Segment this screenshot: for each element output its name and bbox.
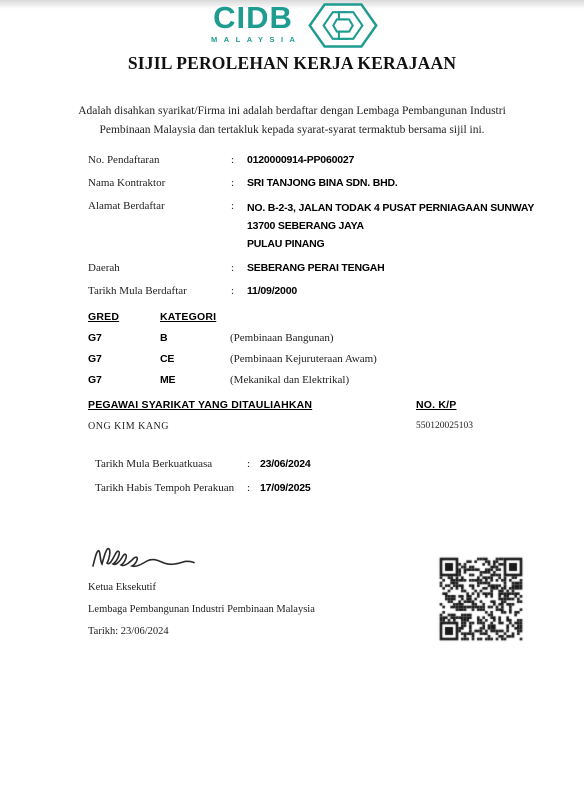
officer-header-row: PEGAWAI SYARIKAT YANG DITAULIAHKAN NO. K…: [88, 399, 508, 411]
certificate-page: CIDB MALAYSIA SIJIL PEROLEHAN KERJA KERA…: [0, 0, 584, 793]
grade-category-table: GRED KATEGORI G7 B (Pembinaan Bangunan) …: [88, 311, 508, 394]
field-label: Daerah: [88, 261, 231, 276]
colon: :: [231, 176, 247, 191]
colon: :: [231, 199, 247, 214]
cidb-country-label: MALAYSIA: [205, 36, 302, 44]
field-value: SEBERANG PERAI TENGAH: [247, 261, 385, 276]
grade-row: G7 ME (Mekanikal dan Elektrikal): [88, 373, 508, 388]
kategori-description: (Pembinaan Bangunan): [230, 331, 334, 346]
validity-value: 17/09/2025: [260, 481, 311, 496]
field-row-nama-kontraktor: Nama Kontraktor : SRI TANJONG BINA SDN. …: [88, 176, 538, 191]
gred-value: G7: [88, 352, 160, 367]
kategori-description: (Mekanikal dan Elektrikal): [230, 373, 349, 388]
officer-name: ONG KIM KANG: [88, 421, 169, 432]
kategori-value: ME: [160, 373, 230, 388]
signature-block: Ketua Eksekutif Lembaga Pembangunan Indu…: [88, 540, 428, 646]
cidb-wordmark-text: CIDB: [213, 2, 293, 33]
field-label: No. Pendaftaran: [88, 153, 231, 168]
signature-scribble: [88, 540, 200, 574]
intro-paragraph: Adalah disahkan syarikat/Firma ini adala…: [52, 102, 532, 140]
field-row-no-pendaftaran: No. Pendaftaran : 0120000914-PP060027: [88, 153, 538, 168]
signoff-org: Lembaga Pembangunan Industri Pembinaan M…: [88, 602, 428, 617]
colon: :: [231, 261, 247, 276]
colon: :: [247, 457, 260, 472]
idno-header: NO. K/P: [416, 399, 508, 411]
field-value-address: NO. B-2-3, JALAN TODAK 4 PUSAT PERNIAGAA…: [247, 199, 534, 253]
gred-header: GRED: [88, 311, 160, 323]
kategori-value: CE: [160, 352, 230, 367]
validity-section: Tarikh Mula Berkuatkuasa : 23/06/2024 Ta…: [95, 457, 475, 505]
qr-code: [437, 555, 525, 643]
field-value: 0120000914-PP060027: [247, 153, 354, 168]
field-label: Alamat Berdaftar: [88, 199, 231, 214]
signoff-role: Ketua Eksekutif: [88, 580, 428, 595]
field-value: SRI TANJONG BINA SDN. BHD.: [247, 176, 398, 191]
colon: :: [231, 284, 247, 299]
validity-row-end: Tarikh Habis Tempoh Perakuan : 17/09/202…: [95, 481, 475, 496]
address-line: NO. B-2-3, JALAN TODAK 4 PUSAT PERNIAGAA…: [247, 199, 534, 217]
field-row-tarikh-mula-berdaftar: Tarikh Mula Berdaftar : 11/09/2000: [88, 284, 538, 299]
field-value: 11/09/2000: [247, 284, 297, 299]
validity-label: Tarikh Mula Berkuatkuasa: [95, 457, 247, 472]
kategori-header: KATEGORI: [160, 311, 230, 323]
address-line: PULAU PINANG: [247, 235, 534, 253]
field-label: Tarikh Mula Berdaftar: [88, 284, 231, 299]
officer-idno: 550120025103: [416, 421, 508, 431]
field-row-alamat-berdaftar: Alamat Berdaftar : NO. B-2-3, JALAN TODA…: [88, 199, 538, 253]
grade-row: G7 B (Pembinaan Bangunan): [88, 331, 508, 346]
validity-row-start: Tarikh Mula Berkuatkuasa : 23/06/2024: [95, 457, 475, 472]
cidb-wordmark: CIDB MALAYSIA: [205, 2, 302, 44]
gred-value: G7: [88, 331, 160, 346]
field-row-daerah: Daerah : SEBERANG PERAI TENGAH: [88, 261, 538, 276]
colon: :: [231, 153, 247, 168]
field-label: Nama Kontraktor: [88, 176, 231, 191]
cidb-hexagon-icon: [307, 3, 379, 48]
grade-row: G7 CE (Pembinaan Kejuruteraan Awam): [88, 352, 508, 367]
gred-value: G7: [88, 373, 160, 388]
kategori-description: (Pembinaan Kejuruteraan Awam): [230, 352, 377, 367]
certificate-title: SIJIL PEROLEHAN KERJA KERAJAAN: [0, 53, 584, 74]
cidb-brand: CIDB MALAYSIA: [0, 2, 584, 48]
validity-label: Tarikh Habis Tempoh Perakuan: [95, 481, 247, 496]
officer-section: PEGAWAI SYARIKAT YANG DITAULIAHKAN NO. K…: [88, 399, 508, 432]
address-line: 13700 SEBERANG JAYA: [247, 217, 534, 235]
validity-value: 23/06/2024: [260, 457, 311, 472]
kategori-value: B: [160, 331, 230, 346]
officer-detail-row: ONG KIM KANG 550120025103: [88, 411, 508, 432]
officer-header: PEGAWAI SYARIKAT YANG DITAULIAHKAN: [88, 399, 312, 411]
registration-fields: No. Pendaftaran : 0120000914-PP060027 Na…: [88, 153, 538, 307]
colon: :: [247, 481, 260, 496]
signoff-date: Tarikh: 23/06/2024: [88, 624, 428, 639]
grade-table-header: GRED KATEGORI: [88, 311, 508, 323]
